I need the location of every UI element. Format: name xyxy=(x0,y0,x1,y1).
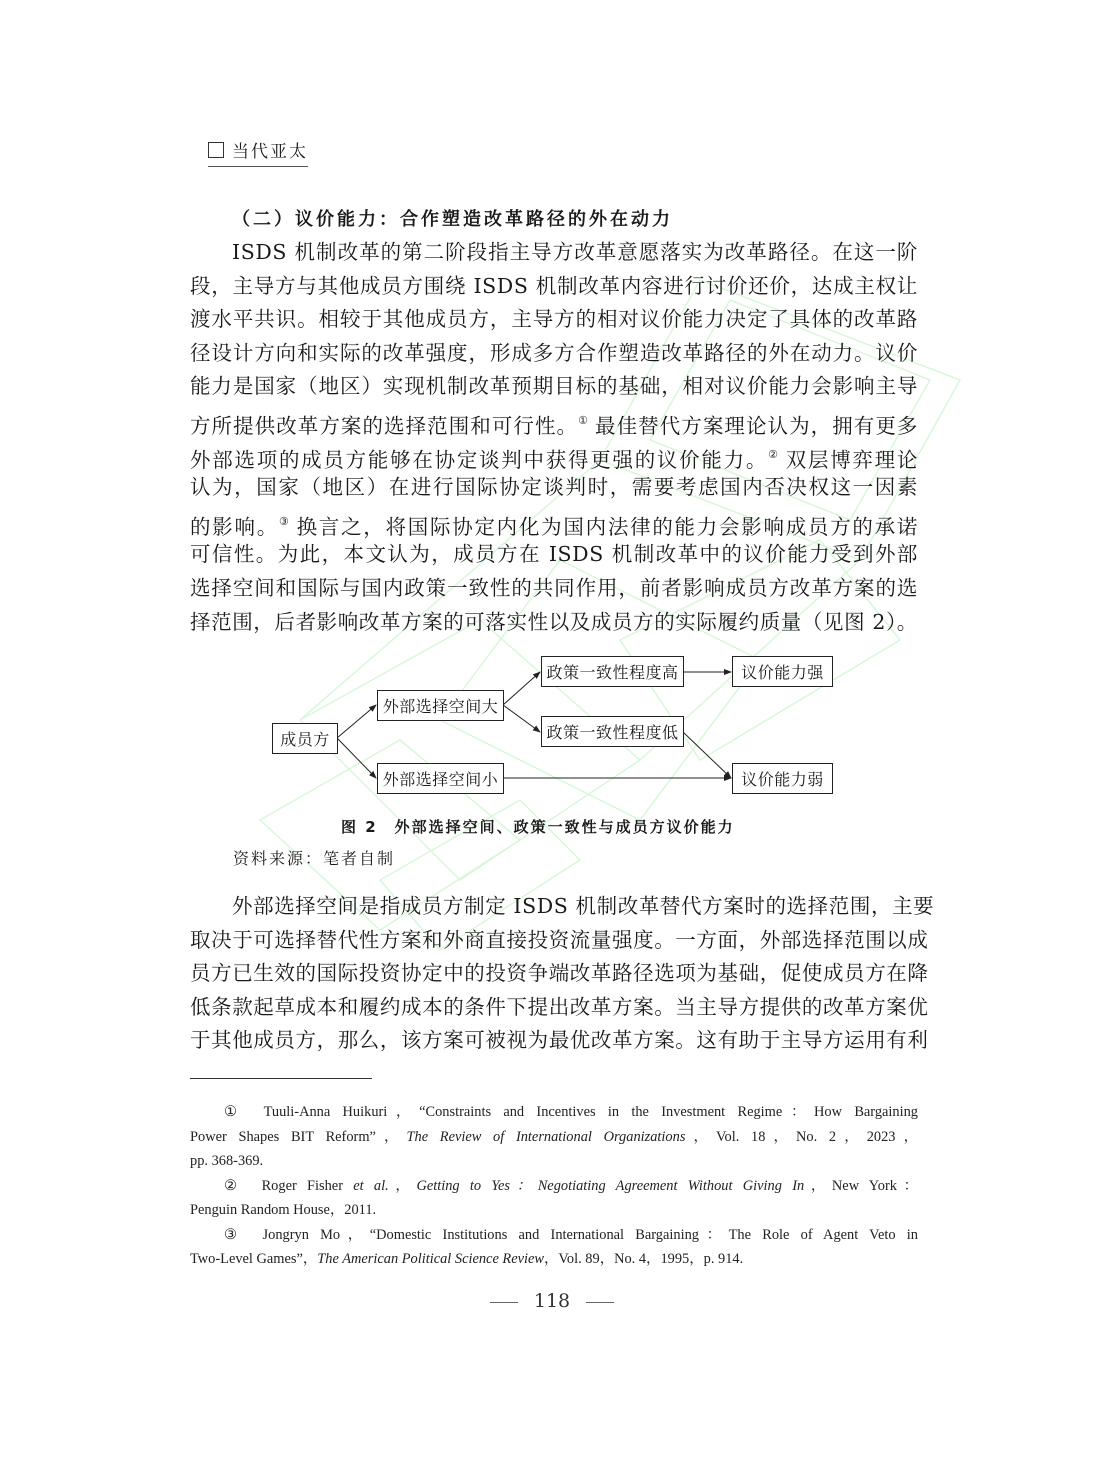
node-strong-bargaining: 议价能力强 xyxy=(732,656,833,687)
page-number-value: 118 xyxy=(534,1290,570,1312)
footnote-marker: ② xyxy=(224,1178,244,1194)
text-segment: 换言之，将国际协定内化为国内法律的能力会影响成员方的承诺 xyxy=(297,515,918,539)
footnotes: ①Tuuli-Anna Huikuri，“Constraints and Inc… xyxy=(190,1100,918,1272)
text-line-with-note: 方所提供改革方案的选择范围和可行性。①最佳替代方案理论认为，拥有更多 xyxy=(190,404,918,438)
text-line: 渡水平共识。相较于其他成员方，主导方的相对议价能力决定了具体的改革路 xyxy=(190,303,918,337)
text-line: 认为，国家（地区）在进行国际协定谈判时，需要考虑国内否决权这一因素 xyxy=(190,471,918,505)
footnote-marker: ③ xyxy=(224,1227,245,1243)
text-line: 取决于可选择替代性方案和外商直接投资流量强度。一方面，外部选择范围以成 xyxy=(190,924,918,958)
text-line-with-note: 外部选项的成员方能够在协定谈判中获得更强的议价能力。②双层博弈理论 xyxy=(190,438,918,472)
text-segment: 外部选项的成员方能够在协定谈判中获得更强的议价能力。 xyxy=(190,448,768,472)
text-segment: 双层博弈理论 xyxy=(786,448,918,472)
footnote-2: ②Roger Fisher et al.，Getting to Yes：Nego… xyxy=(190,1174,918,1223)
figure-caption: 图 2 外部选择空间、政策一致性与成员方议价能力 xyxy=(341,816,735,837)
text-line: 低条款起草成本和履约成本的条件下提出改革方案。当主导方提供的改革方案优 xyxy=(190,991,918,1025)
footnote-text: ，New York： xyxy=(804,1178,918,1194)
body-paragraph-1: ISDS 机制改革的第二阶段指主导方改革意愿落实为改革路径。在这一阶 段，主导方… xyxy=(190,236,918,639)
footnote-ref-3[interactable]: ③ xyxy=(279,515,291,528)
footnote-text: Power Shapes BIT Reform”， xyxy=(190,1129,407,1145)
footnote-text: ， xyxy=(389,1178,417,1194)
book-title: Getting to Yes：Negotiating Agreement Wit… xyxy=(416,1178,804,1194)
node-high-consistency: 政策一致性程度高 xyxy=(541,656,684,687)
footnote-line: Two-Level Games”，The American Political … xyxy=(190,1247,918,1272)
journal-title: The American Political Science Review xyxy=(317,1251,544,1267)
text-line: 择范围，后者影响改革方案的可落实性以及成员方的实际履约质量（见图 2）。 xyxy=(190,606,918,640)
running-header: 当代亚太 xyxy=(208,137,308,167)
node-large-external-space: 外部选择空间大 xyxy=(377,690,504,721)
text-line: 段，主导方与其他成员方围绕 ISDS 机制改革内容进行讨价还价，达成主权让 xyxy=(190,270,918,304)
footnote-text: Roger Fisher xyxy=(262,1178,354,1194)
text-line: 于其他成员方，那么，该方案可被视为最优改革方案。这有助于主导方运用有利 xyxy=(190,1024,918,1058)
footnote-ref-1[interactable]: ① xyxy=(578,414,589,427)
footnote-marker: ① xyxy=(224,1104,246,1120)
footnote-italic: et al. xyxy=(353,1178,388,1194)
footnote-divider xyxy=(190,1078,372,1079)
footnote-line: ②Roger Fisher et al.，Getting to Yes：Nego… xyxy=(190,1174,918,1199)
text-line: 能力是国家（地区）实现机制改革预期目标的基础，相对议价能力会影响主导 xyxy=(190,370,918,404)
footnote-3: ③Jongryn Mo，“Domestic Institutions and I… xyxy=(190,1223,918,1272)
page-number: 118 xyxy=(0,1290,1104,1312)
text-line: 选择空间和国际与国内政策一致性的共同作用，前者影响成员方改革方案的选 xyxy=(190,572,918,606)
footnote-text: Two-Level Games”， xyxy=(190,1251,317,1267)
section-heading: （二）议价能力：合作塑造改革路径的外在动力 xyxy=(232,205,673,231)
footnote-text: ，Vol. 18，No. 2，2023， xyxy=(685,1129,918,1145)
dash-left xyxy=(490,1302,518,1303)
node-weak-bargaining: 议价能力弱 xyxy=(732,763,833,794)
text-line: 可信性。为此，本文认为，成员方在 ISDS 机制改革中的议价能力受到外部 xyxy=(190,538,918,572)
text-line: ISDS 机制改革的第二阶段指主导方改革意愿落实为改革路径。在这一阶 xyxy=(190,236,918,270)
footnote-line: pp. 368-369. xyxy=(190,1149,918,1174)
text-segment: 最佳替代方案理论认为，拥有更多 xyxy=(595,414,918,438)
footnote-ref-2[interactable]: ② xyxy=(768,448,780,461)
figure-source: 资料来源：笔者自制 xyxy=(233,846,395,869)
footnote-text: Tuuli-Anna Huikuri，“Constraints and Ince… xyxy=(264,1104,918,1120)
body-paragraph-2: 外部选择空间是指成员方制定 ISDS 机制改革替代方案时的选择范围，主要 取决于… xyxy=(190,890,918,1058)
text-segment: 方所提供改革方案的选择范围和可行性。 xyxy=(190,414,578,438)
text-line-with-note: 的影响。③换言之，将国际协定内化为国内法律的能力会影响成员方的承诺 xyxy=(190,505,918,539)
footnote-1: ①Tuuli-Anna Huikuri，“Constraints and Inc… xyxy=(190,1100,918,1174)
text-segment: 的影响。 xyxy=(190,515,279,539)
journal-name: 当代亚太 xyxy=(232,137,308,162)
node-member: 成员方 xyxy=(272,723,338,754)
footnote-line: ①Tuuli-Anna Huikuri，“Constraints and Inc… xyxy=(190,1100,918,1125)
node-low-consistency: 政策一致性程度低 xyxy=(541,716,684,747)
square-icon xyxy=(208,142,224,158)
footnote-line: ③Jongryn Mo，“Domestic Institutions and I… xyxy=(190,1223,918,1248)
journal-title: The Review of International Organization… xyxy=(407,1129,686,1145)
dash-right xyxy=(586,1302,614,1303)
footnote-text: ，Vol. 89，No. 4，1995，p. 914. xyxy=(544,1251,743,1267)
text-line: 外部选择空间是指成员方制定 ISDS 机制改革替代方案时的选择范围，主要 xyxy=(190,890,918,924)
text-line: 径设计方向和实际的改革强度，形成多方合作塑造改革路径的外在动力。议价 xyxy=(190,337,918,371)
footnote-text: Jongryn Mo，“Domestic Institutions and In… xyxy=(263,1227,918,1243)
footnote-line: Penguin Random House，2011. xyxy=(190,1198,918,1223)
text-line: 员方已生效的国际投资协定中的投资争端改革路径选项为基础，促使成员方在降 xyxy=(190,957,918,991)
footnote-line: Power Shapes BIT Reform”，The Review of I… xyxy=(190,1125,918,1150)
node-small-external-space: 外部选择空间小 xyxy=(377,763,504,794)
